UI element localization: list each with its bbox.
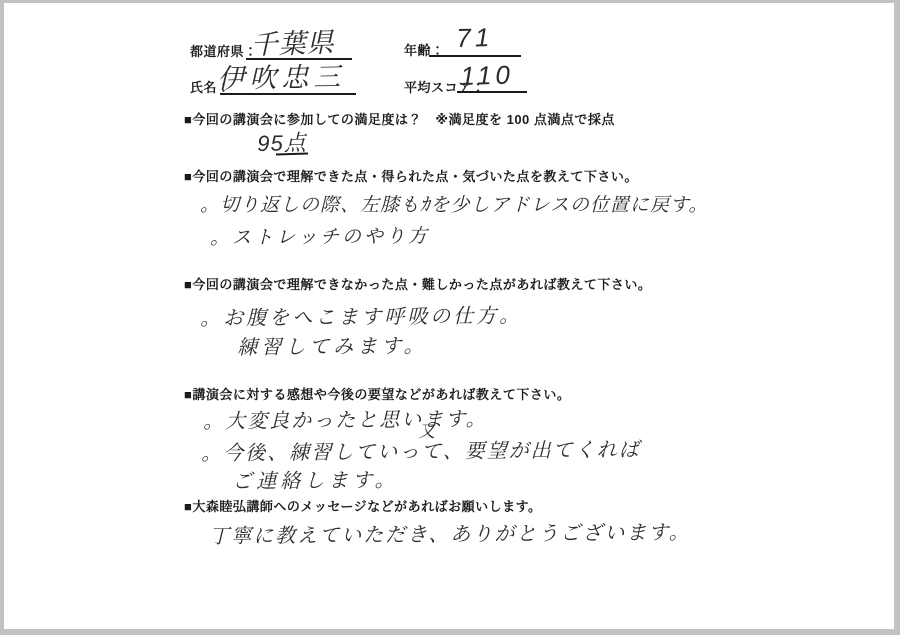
question-impressions-label: ■講演会に対する感想や今後の要望などがあれば教えて下さい。 (184, 384, 570, 403)
name-handwritten-value: 伊吹忠三 (217, 55, 346, 96)
impressions-answer-line3: ご連絡します。 (232, 464, 399, 494)
question-understood-label: ■今回の講演会で理解できた点・得られた点・気づいた点を教えて下さい。 (184, 166, 638, 185)
average-score-underline (457, 91, 527, 93)
question-satisfaction-label: ■今回の講演会に参加しての満足度は？ ※満足度を 100 点満点で採点 (184, 109, 615, 128)
question-difficult-label: ■今回の講演会で理解できなかった点・難しかった点があれば教えて下さい。 (184, 274, 651, 293)
age-underline (429, 55, 521, 57)
question-message-label: ■大森睦弘講師へのメッセージなどがあればお願いします。 (184, 496, 542, 515)
scan-page: 都道府県： 千葉県 年齢： 71 氏名： 伊吹忠三 平均スコア： 110 ■今回… (4, 3, 894, 629)
impressions-inserted-character: 又 (418, 417, 436, 442)
message-answer-line1: 丁寧に教えていただき、ありがとうございます。 (209, 516, 691, 549)
difficult-answer-line1: 。お腹をへこます呼吸の仕方。 (200, 299, 522, 331)
scanned-survey-screenshot: { "scan": { "header": { "prefLabel": "都道… (0, 0, 900, 635)
understood-answer-line1: 。切り返しの際、左膝もｶを少しアドレスの位置に戻す。 (200, 190, 708, 217)
difficult-answer-line2: 練習してみます。 (237, 329, 428, 360)
name-underline (220, 93, 356, 95)
understood-answer-line2: 。ストレッチのやり方 (210, 221, 430, 250)
average-score-handwritten-value: 110 (460, 60, 514, 92)
age-handwritten-value: 71 (456, 22, 494, 54)
impressions-answer-line1: 。大変良かったと思います。 (203, 403, 488, 434)
